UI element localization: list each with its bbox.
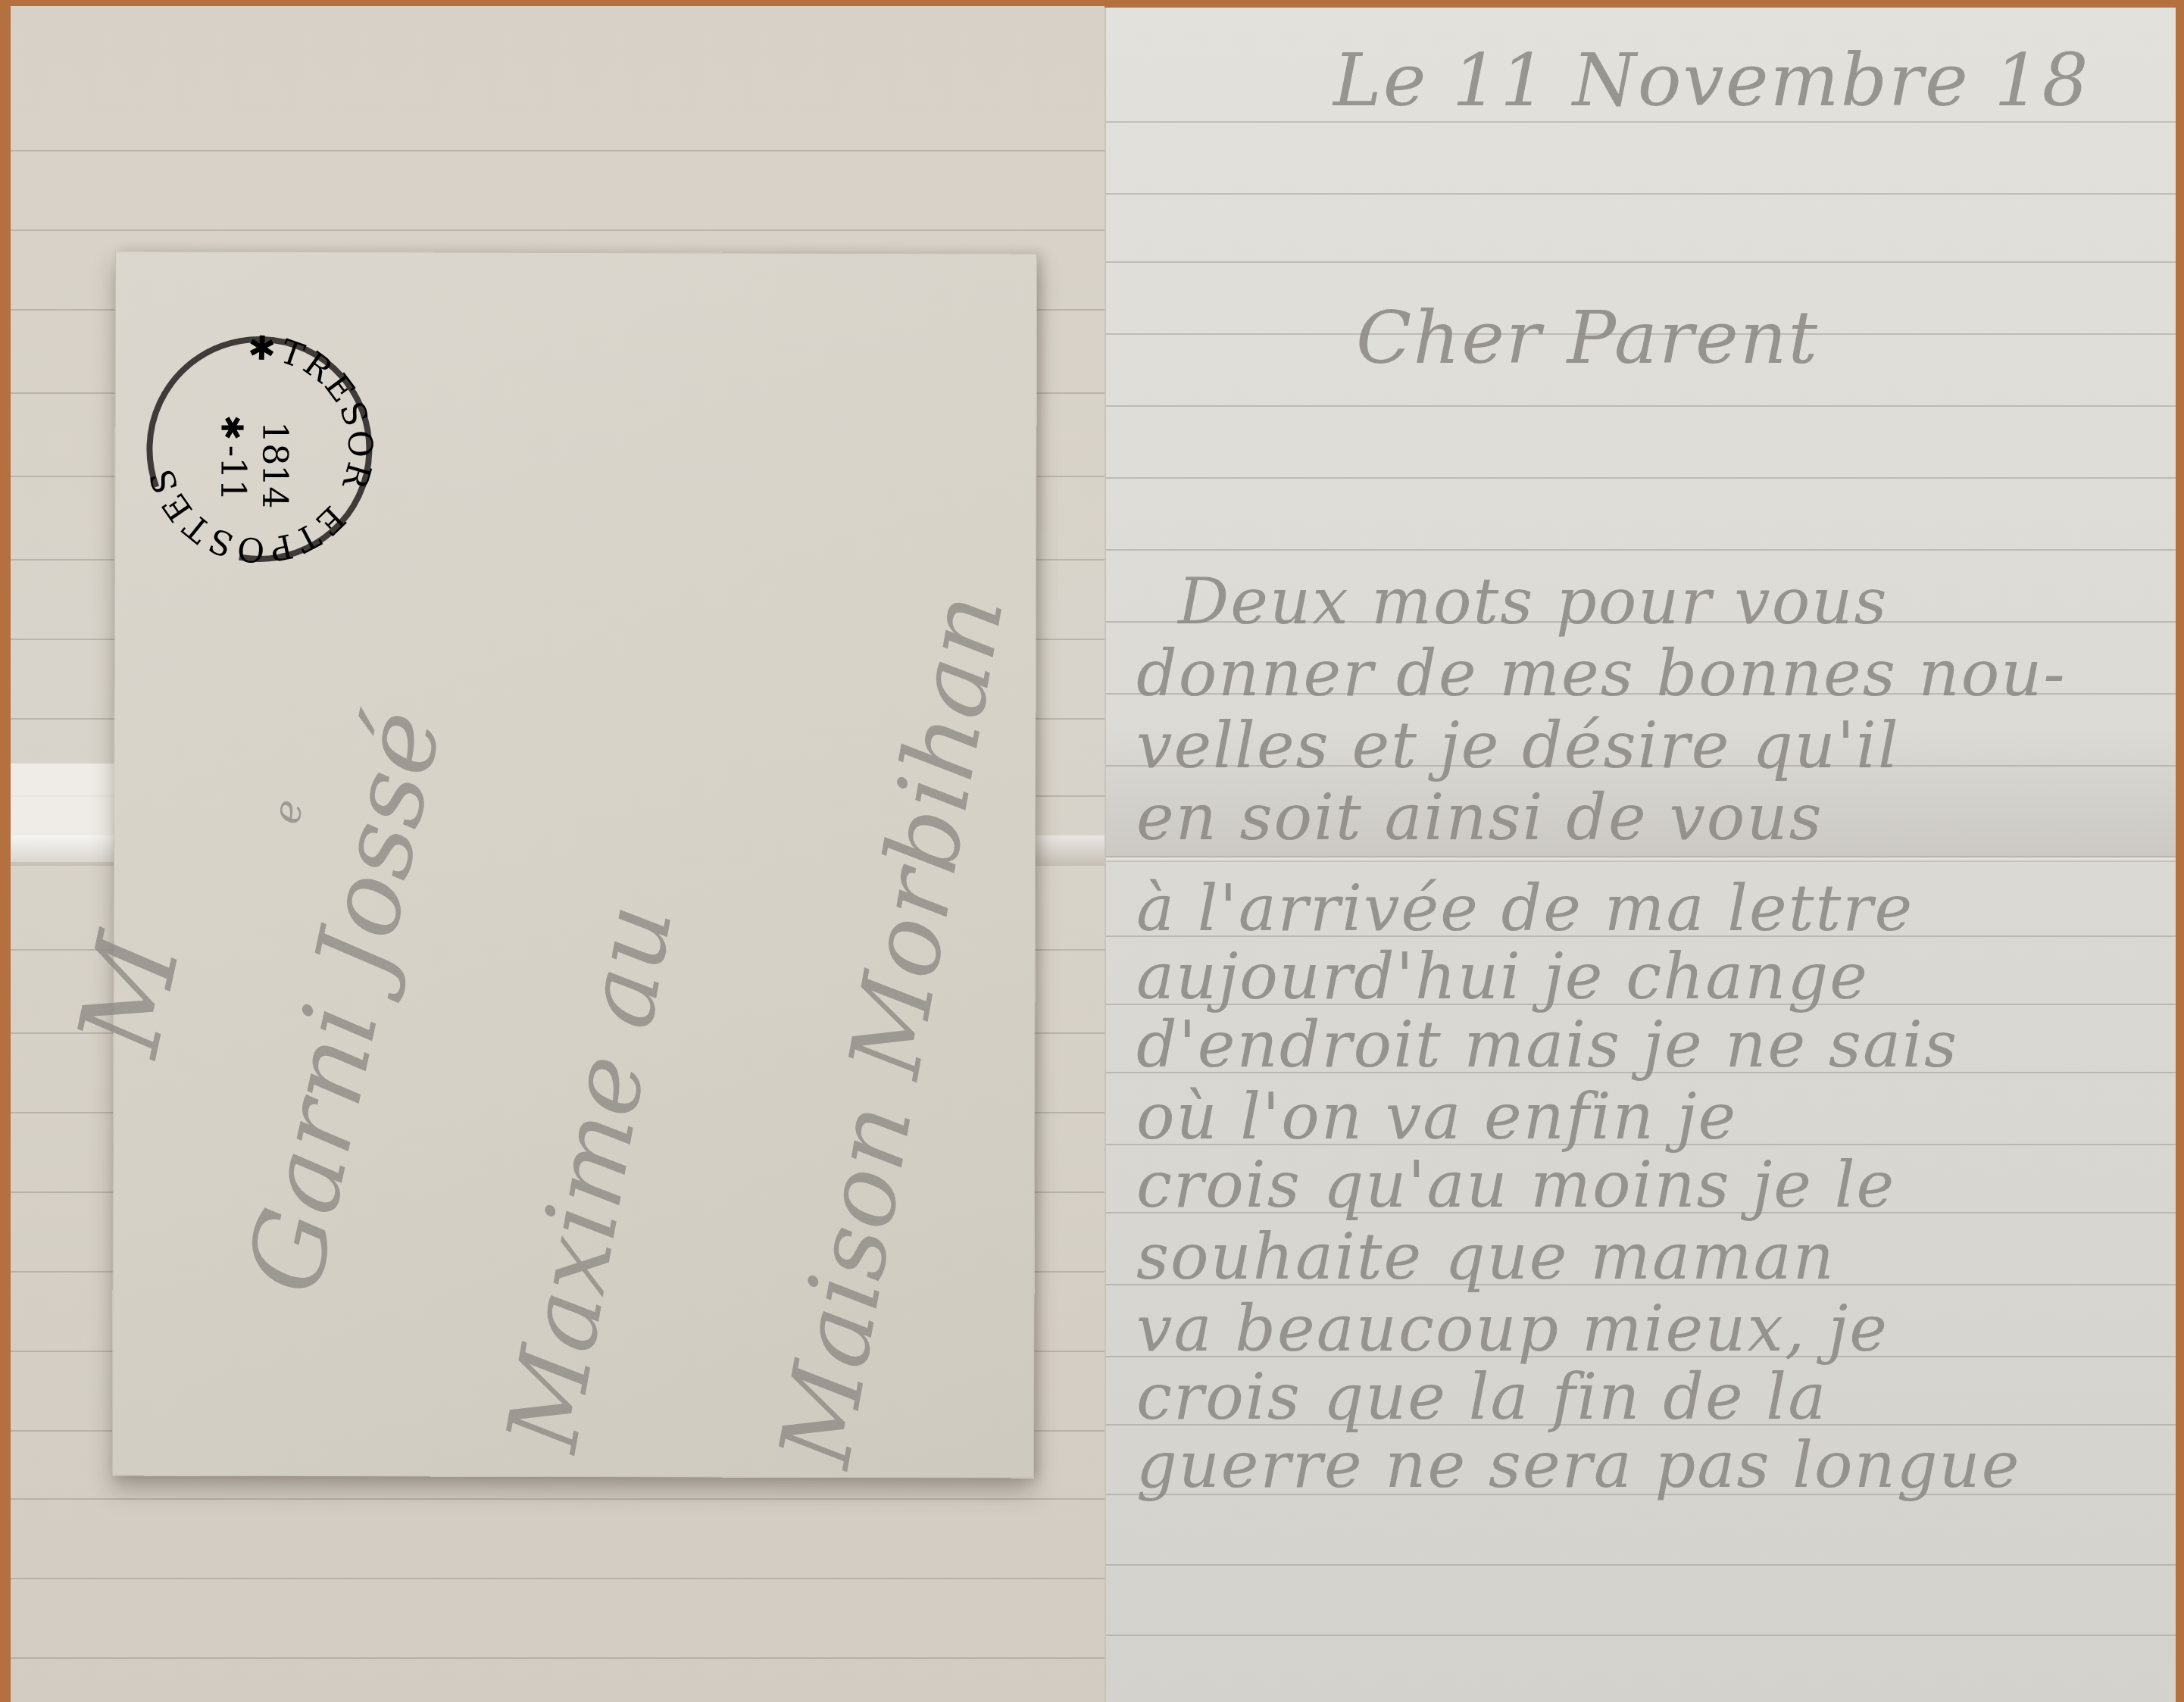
postmark-date-month: -11 <box>213 445 254 501</box>
letter-line: souhaite que maman <box>1136 1220 1836 1294</box>
ruled-line <box>11 150 1104 151</box>
ruled-line <box>1106 477 2176 479</box>
ruled-line <box>11 1578 1104 1579</box>
ruled-line <box>1106 405 2176 407</box>
envelope: ✱TRESOR ETPOSTES 18 14 -11 ✱ M e Garni J… <box>112 251 1037 1478</box>
ruled-line <box>1106 1564 2176 1566</box>
fold-crease <box>1106 856 2176 862</box>
postmark-date-day: 14 <box>255 464 295 509</box>
right-letter-sheet: Le 11 Novembre 18 Cher Parent Deux mots … <box>1104 8 2176 1702</box>
letter-line: où l'on va enfin je <box>1136 1079 1737 1154</box>
letter-line: d'endroit mais je ne sais <box>1136 1007 1958 1082</box>
ruled-line <box>1106 193 2176 195</box>
letter-line: velles et je désire qu'il <box>1136 708 1900 782</box>
letter-line: Deux mots pour vous <box>1178 564 1889 639</box>
letter-line: à l'arrivée de ma lettre <box>1136 871 1914 945</box>
postmark-date-year: 18 <box>255 421 295 466</box>
envelope-address-name: Garni Jossé <box>224 701 465 1303</box>
ruled-line <box>11 1498 1104 1500</box>
letter-line: crois qu'au moins je le <box>1136 1148 1895 1222</box>
ruled-line <box>11 230 1104 231</box>
letter-line: crois que la fin de la <box>1136 1360 1827 1434</box>
envelope-address-region: Maison Morbihan <box>757 586 1026 1475</box>
star-icon: ✱ <box>214 415 248 441</box>
letter-line: guerre ne sera pas longue <box>1136 1428 2020 1502</box>
letter-line: aujourd'hui je change <box>1136 939 1869 1013</box>
ruled-line <box>11 1657 1104 1659</box>
letter-line: donner de mes bonnes nou- <box>1136 636 2067 710</box>
envelope-address-line: Maxime au <box>484 895 695 1459</box>
postmark-circle-icon: ✱TRESOR ETPOSTES 18 14 -11 ✱ <box>142 332 377 567</box>
ruled-line <box>1106 261 2176 263</box>
postmark-stamp: ✱TRESOR ETPOSTES 18 14 -11 ✱ <box>142 332 377 567</box>
envelope-address-superscript: e <box>263 795 312 828</box>
letter-salutation: Cher Parent <box>1356 295 1819 380</box>
ruled-line <box>1106 549 2176 551</box>
ruled-line <box>1106 1635 2176 1636</box>
letter-line: va beaucoup mieux, je <box>1136 1291 1889 1366</box>
letter-date: Le 11 Novembre 18 <box>1333 38 2089 123</box>
letter-line: en soit ainsi de vous <box>1136 780 1823 854</box>
